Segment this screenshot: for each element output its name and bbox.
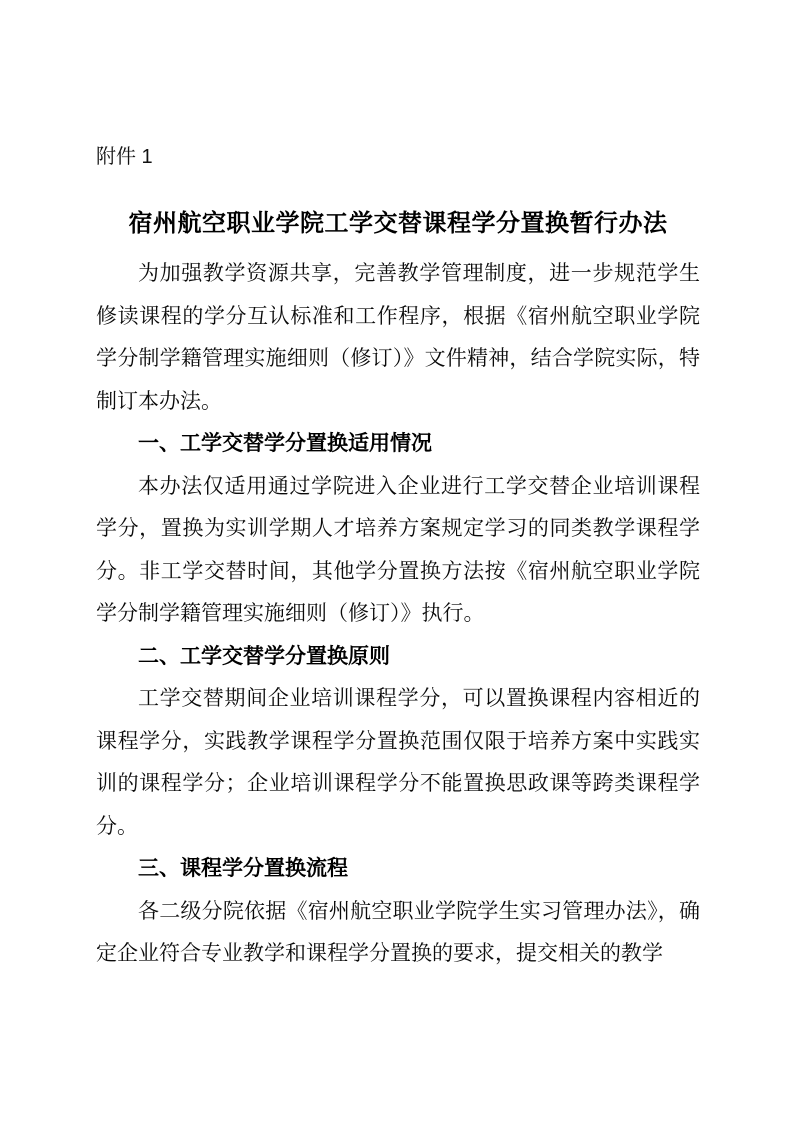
document-page: 附件 1 宿州航空职业学院工学交替课程学分置换暂行办法 为加强教学资源共享，完善… <box>0 0 794 1122</box>
paragraph-section-1: 本办法仅适用通过学院进入企业进行工学交替企业培训课程学分，置换为实训学期人才培养… <box>96 465 700 635</box>
document-title: 宿州航空职业学院工学交替课程学分置换暂行办法 <box>96 206 700 242</box>
document-content: 附件 1 宿州航空职业学院工学交替课程学分置换暂行办法 为加强教学资源共享，完善… <box>96 142 700 975</box>
heading-section-1: 一、工学交替学分置换适用情况 <box>96 422 700 465</box>
heading-section-2: 二、工学交替学分置换原则 <box>96 635 700 678</box>
document-body: 为加强教学资源共享，完善教学管理制度，进一步规范学生修读课程的学分互认标准和工作… <box>96 252 700 975</box>
heading-section-3: 三、课程学分置换流程 <box>96 847 700 890</box>
paragraph-section-3: 各二级分院依据《宿州航空职业学院学生实习管理办法》，确定企业符合专业教学和课程学… <box>96 890 700 975</box>
attachment-label: 附件 1 <box>96 142 700 172</box>
paragraph-intro: 为加强教学资源共享，完善教学管理制度，进一步规范学生修读课程的学分互认标准和工作… <box>96 252 700 422</box>
paragraph-section-2: 工学交替期间企业培训课程学分，可以置换课程内容相近的课程学分，实践教学课程学分置… <box>96 677 700 847</box>
